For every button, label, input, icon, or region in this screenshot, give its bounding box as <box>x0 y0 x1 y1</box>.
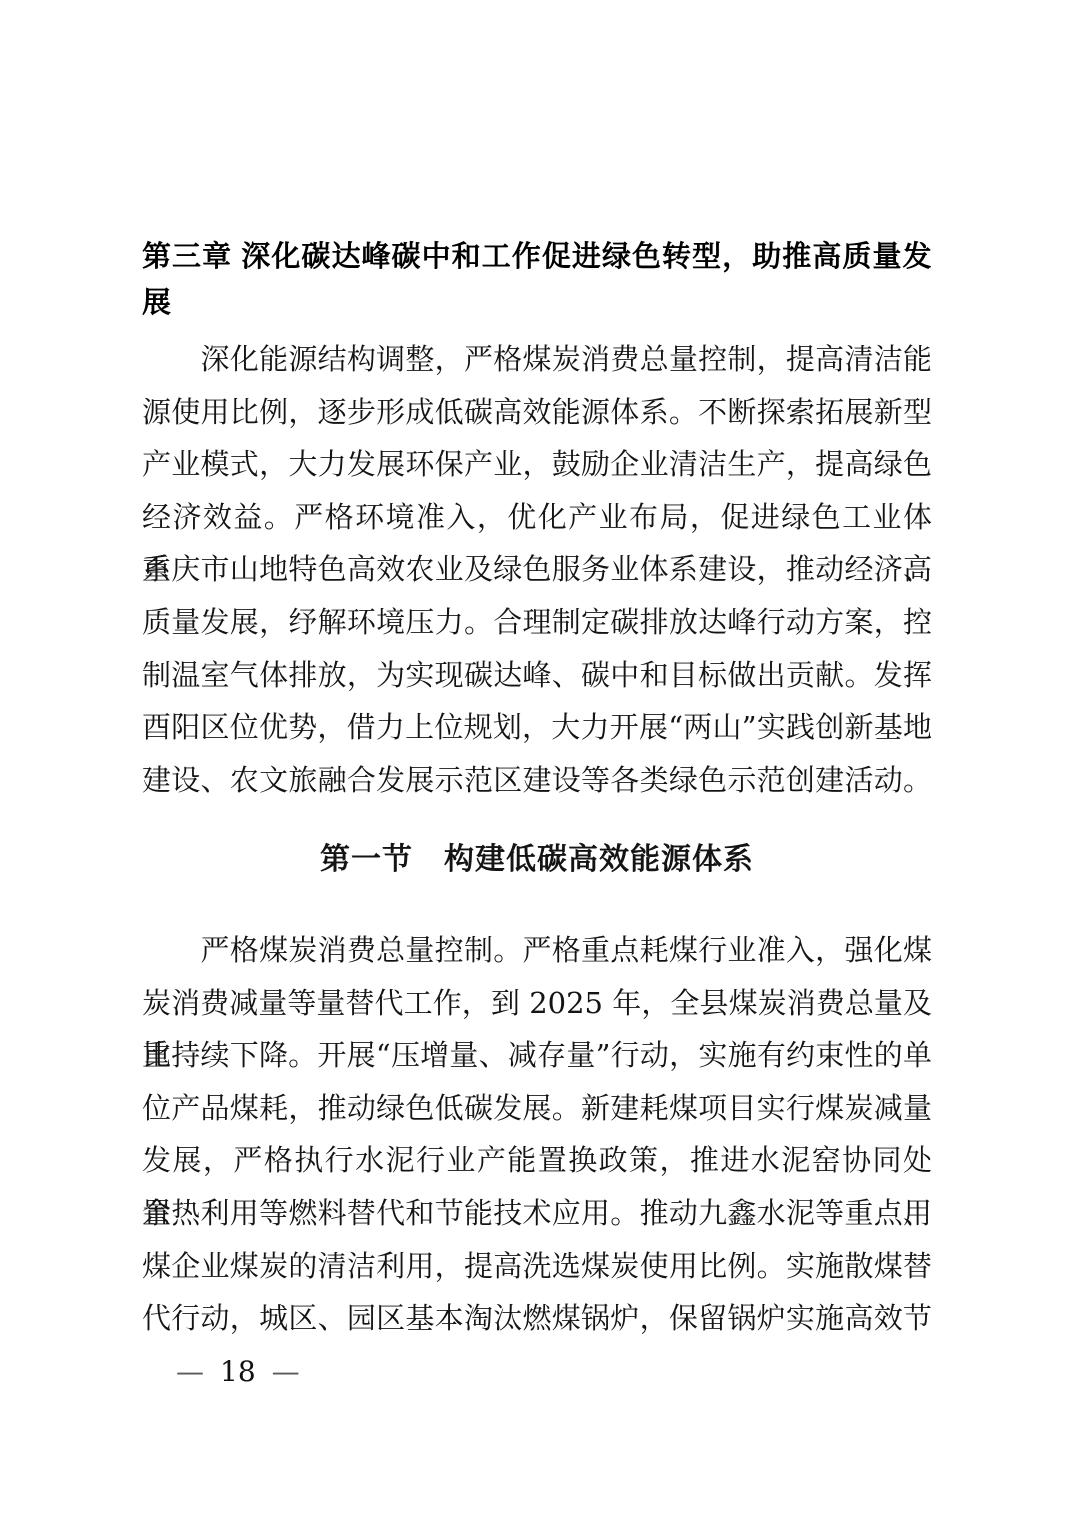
text-line: 质量发展，纾解环境压力。合理制定碳排放达峰行动方案，控 <box>142 596 932 649</box>
paragraph-1: 深化能源结构调整，严格煤炭消费总量控制，提高清洁能源使用比例，逐步形成低碳高效能… <box>142 333 932 806</box>
text-line: 发展，严格执行水泥行业产能置换政策，推进水泥窑协同处置、 <box>142 1134 932 1187</box>
section-title: 第一节 构建低碳高效能源体系 <box>142 838 932 882</box>
text-line: 深化能源结构调整，严格煤炭消费总量控制，提高清洁能 <box>142 333 932 386</box>
text-line: 重持续下降。开展“压增量、减存量”行动，实施有约束性的单 <box>142 1029 932 1082</box>
text-line: 煤企业煤炭的清洁利用，提高洗选煤炭使用比例。实施散煤替 <box>142 1240 932 1293</box>
text-line: 余热利用等燃料替代和节能技术应用。推动九鑫水泥等重点用 <box>142 1187 932 1240</box>
text-line: 源使用比例，逐步形成低碳高效能源体系。不断探索拓展新型 <box>142 386 932 439</box>
text-line: 炭消费减量等量替代工作，到 2025 年，全县煤炭消费总量及比 <box>142 977 932 1030</box>
footer-page-number: 18 <box>220 1355 256 1388</box>
paragraph-2: 严格煤炭消费总量控制。严格重点耗煤行业准入，强化煤炭消费减量等量替代工作，到 2… <box>142 924 932 1345</box>
text-line: 经济效益。严格环境准入，优化产业布局，促进绿色工业体系、 <box>142 491 932 544</box>
text-line: 代行动，城区、园区基本淘汰燃煤锅炉，保留锅炉实施高效节 <box>142 1292 932 1345</box>
text-line: 重庆市山地特色高效农业及绿色服务业体系建设，推动经济高 <box>142 543 932 596</box>
footer-dash-right: — <box>272 1355 300 1388</box>
text-line: 位产品煤耗，推动绿色低碳发展。新建耗煤项目实行煤炭减量 <box>142 1082 932 1135</box>
text-line: 产业模式，大力发展环保产业，鼓励企业清洁生产，提高绿色 <box>142 438 932 491</box>
footer-dash-left: — <box>176 1355 204 1388</box>
text-line: 制温室气体排放，为实现碳达峰、碳中和目标做出贡献。发挥 <box>142 649 932 702</box>
text-line: 酉阳区位优势，借力上位规划，大力开展“两山”实践创新基地 <box>142 701 932 754</box>
chapter-title: 第三章 深化碳达峰碳中和工作促进绿色转型，助推高质量发展 <box>142 234 932 326</box>
text-line: 严格煤炭消费总量控制。严格重点耗煤行业准入，强化煤 <box>142 924 932 977</box>
page-container: 第三章 深化碳达峰碳中和工作促进绿色转型，助推高质量发展 深化能源结构调整，严格… <box>0 0 1074 1520</box>
page-footer: —18— <box>176 1352 300 1392</box>
text-line: 建设、农文旅融合发展示范区建设等各类绿色示范创建活动。 <box>142 754 932 807</box>
